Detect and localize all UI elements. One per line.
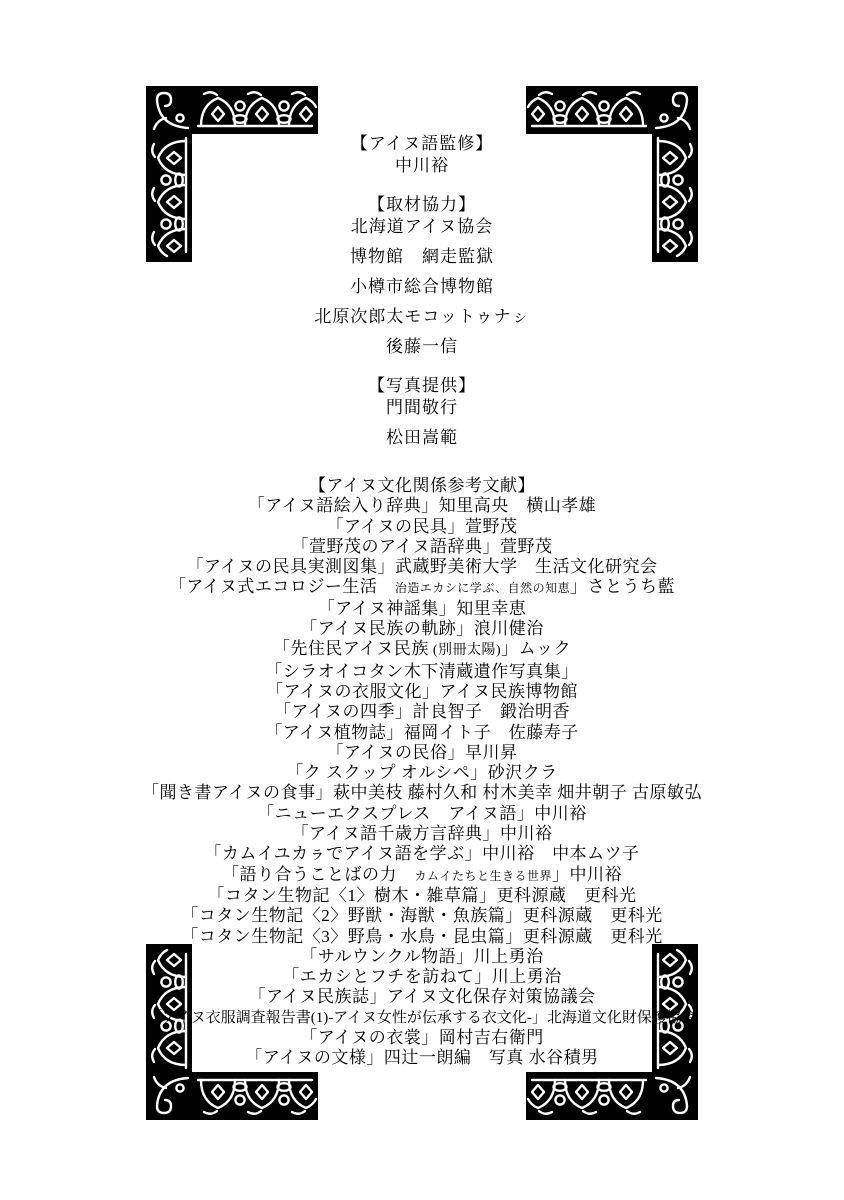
bibliography-item: 「聞き書アイヌの食事」萩中美枝 藤村久和 村木美幸 畑井朝子 古原敏弘	[0, 783, 844, 803]
bibliography-item: 「カムイユカㇻでアイヌ語を学ぶ」中川裕 中本ムツ子	[0, 844, 844, 864]
credit-entry: 北海道アイヌ協会	[0, 216, 844, 238]
bibliography-item: 「アイヌ語千歳方言辞典」中川裕	[0, 824, 844, 844]
credit-entry: 中川裕	[0, 155, 844, 177]
bibliography-item: 「アイヌの民俗」早川昇	[0, 743, 844, 763]
bibliography-item: 「アイヌ衣服調査報告書(1)-アイヌ女性が伝承する衣文化-」北海道文化財保護協会	[0, 1008, 844, 1028]
bibliography-item: 「シラオイコタン木下清蔵遺作写真集」	[0, 662, 844, 682]
credit-section-heading: 【写真提供】	[0, 375, 844, 397]
credit-entry: 門間敬行	[0, 397, 844, 419]
bibliography-item: 「ニューエクスプレス アイヌ語」中川裕	[0, 804, 844, 824]
bibliography-item: 「アイヌ民族の軌跡」浪川健治	[0, 619, 844, 639]
bibliography-item: 「語り合うことばの力 カムイたちと生きる世界」中川裕	[0, 865, 844, 886]
bibliography-item: 「アイヌ語絵入り辞典」知里高央 横山孝雄	[0, 496, 844, 516]
bibliography-item: 「先住民アイヌ民族 (別冊太陽)」ムック	[0, 639, 844, 661]
bibliography-section: 【アイヌ文化関係参考文献】 「アイヌ語絵入り辞典」知里高央 横山孝雄「アイヌの民…	[0, 476, 844, 1069]
bibliography-item: 「サルウンクル物語」川上勇治	[0, 947, 844, 967]
bibliography-item: 「アイヌ植物誌」福岡イト子 佐藤寿子	[0, 723, 844, 743]
credit-entry: 博物館 網走監獄	[0, 246, 844, 268]
bibliography-item: 「アイヌの衣服文化」アイヌ民族博物館	[0, 682, 844, 702]
credit-section: 【写真提供】門間敬行松田嵩範	[0, 375, 844, 449]
bibliography-item: 「アイヌの四季」計良智子 鍛治明香	[0, 702, 844, 722]
bibliography-item: 「アイヌの衣裳」岡村吉右衛門	[0, 1028, 844, 1048]
bibliography-item: 「アイヌ式エコロジー生活 治造エカシに学ぶ、自然の知恵」さとうち藍	[0, 577, 844, 598]
credit-entry: 北原次郎太モコットゥナㇱ	[0, 306, 844, 328]
bibliography-item: 「コタン生物記〈3〉野鳥・水鳥・昆虫篇」更科源蔵 更科光	[0, 927, 844, 947]
credit-section: 【アイヌ語監修】中川裕	[0, 133, 844, 177]
bibliography-item: 「アイヌ神謡集」知里幸恵	[0, 599, 844, 619]
bibliography-item: 「コタン生物記〈2〉野獣・海獣・魚族篇」更科源蔵 更科光	[0, 906, 844, 926]
bibliography-item: 「コタン生物記〈1〉樹木・雑草篇」更科源蔵 更科光	[0, 886, 844, 906]
bibliography-item: 「アイヌの文様」四辻一朗編 写真 水谷積男	[0, 1048, 844, 1068]
bibliography-item: 「ク スクップ オルシペ」砂沢クラ	[0, 763, 844, 783]
bibliography-heading: 【アイヌ文化関係参考文献】	[0, 476, 844, 496]
bibliography-item: 「アイヌの民具実測図集」武蔵野美術大学 生活文化研究会	[0, 557, 844, 577]
bibliography-list: 「アイヌ語絵入り辞典」知里高央 横山孝雄「アイヌの民具」萱野茂「萱野茂のアイヌ語…	[0, 496, 844, 1068]
bibliography-item: 「アイヌの民具」萱野茂	[0, 517, 844, 537]
bibliography-item: 「アイヌ民族誌」アイヌ文化保存対策協議会	[0, 987, 844, 1007]
credit-section-heading: 【取材協力】	[0, 194, 844, 216]
credits-section: 【アイヌ語監修】中川裕【取材協力】北海道アイヌ協会博物館 網走監獄小樽市総合博物…	[0, 133, 844, 449]
credit-section: 【取材協力】北海道アイヌ協会博物館 網走監獄小樽市総合博物館北原次郎太モコットゥ…	[0, 194, 844, 358]
bibliography-item: 「萱野茂のアイヌ語辞典」萱野茂	[0, 537, 844, 557]
credit-section-heading: 【アイヌ語監修】	[0, 133, 844, 155]
bibliography-item: 「エカシとフチを訪ねて」川上勇治	[0, 967, 844, 987]
credit-entry: 松田嵩範	[0, 427, 844, 449]
credit-entry: 後藤一信	[0, 336, 844, 358]
book-credits-page: 【アイヌ語監修】中川裕【取材協力】北海道アイヌ協会博物館 網走監獄小樽市総合博物…	[0, 0, 844, 1200]
credit-entry: 小樽市総合博物館	[0, 276, 844, 298]
